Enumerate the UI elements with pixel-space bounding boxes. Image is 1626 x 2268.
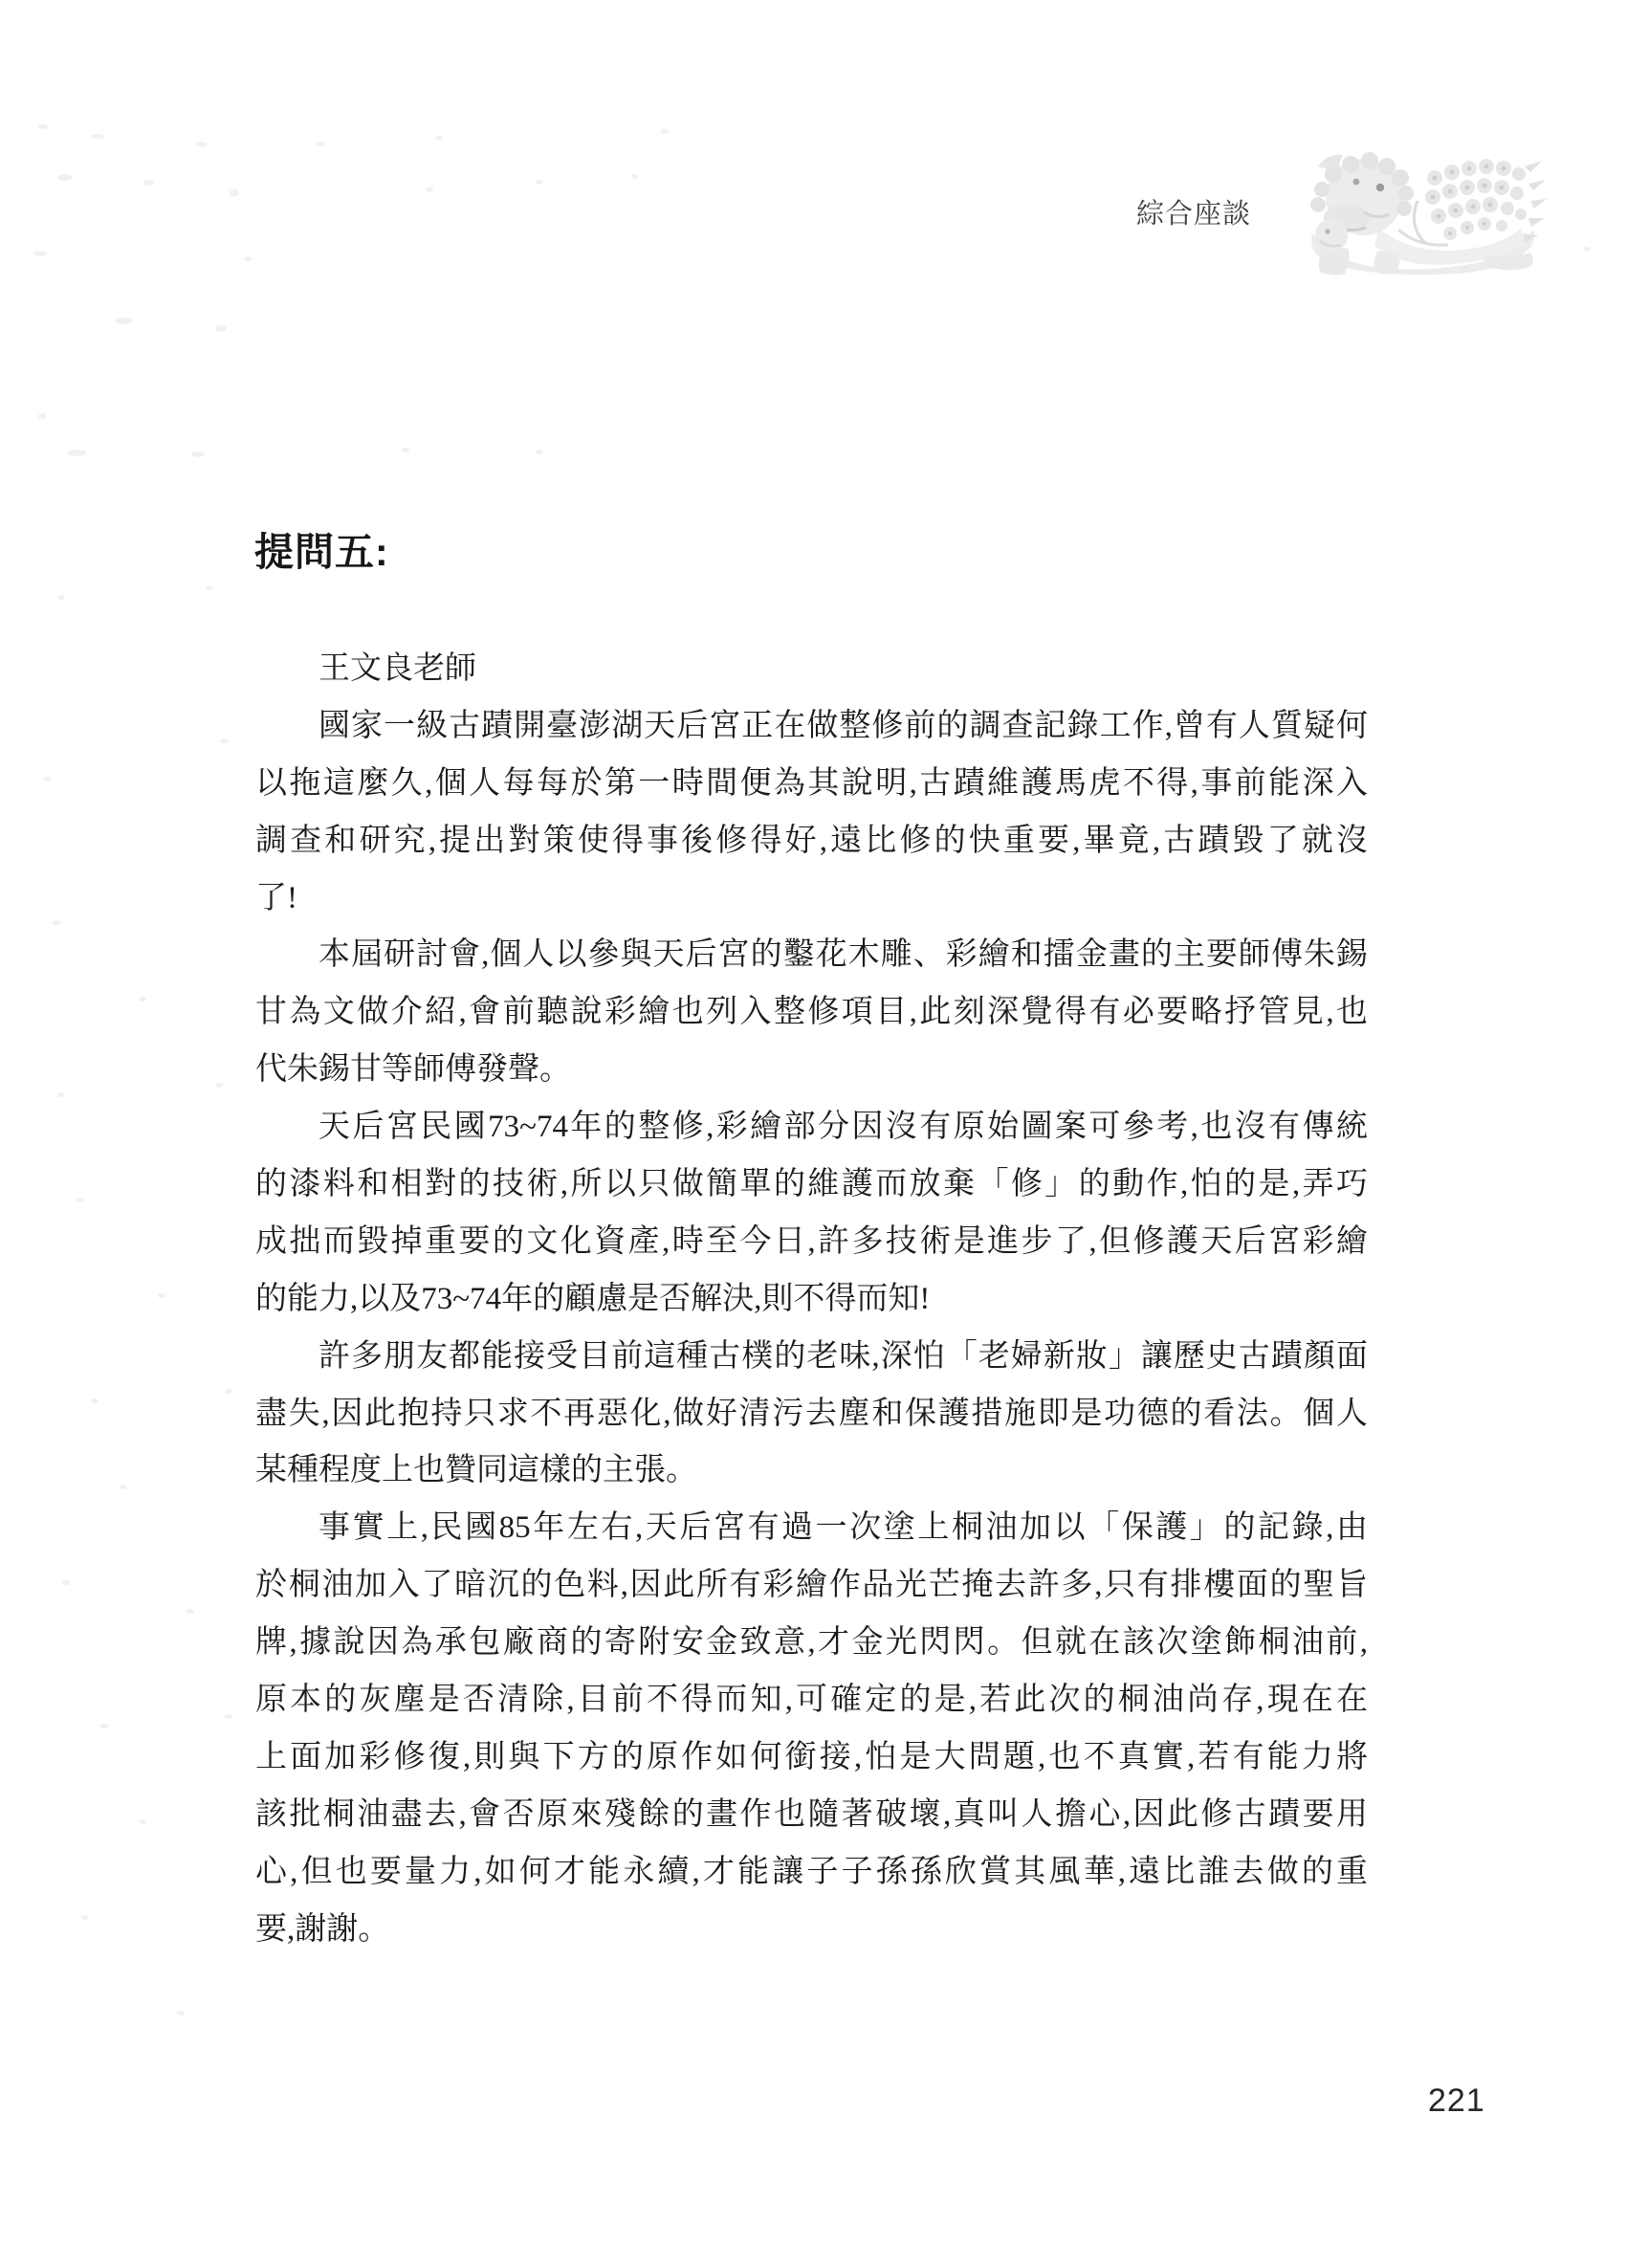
scan-speckle [33,251,47,256]
section-title: 提問五: [254,529,389,575]
body-line: 天后宮民國73~74年的整修,彩繪部分因沒有原始圖案可參考,也沒有傳統 [255,1099,1368,1156]
scan-speckle [225,1714,232,1719]
scan-speckle [215,325,227,332]
body-line: 要,謝謝。 [255,1902,1368,1959]
body-line: 原本的灰塵是否清除,目前不得而知,可確定的是,若此次的桐油尚存,現在在 [255,1672,1368,1729]
body-line: 國家一級古蹟開臺澎湖天后宮正在做整修前的調查記錄工作,曾有人質疑何 [255,698,1368,756]
scan-speckle [316,142,325,146]
scan-speckle [77,1198,84,1202]
body-line: 了! [255,870,1368,928]
page-number: 221 [1428,2082,1485,2120]
scan-speckle [62,1580,70,1585]
scan-speckle [244,256,252,261]
scan-speckle [536,180,543,185]
scan-speckle [57,174,73,181]
scan-speckle [1583,247,1591,252]
scan-speckle [220,738,229,743]
scan-speckle [143,180,155,186]
body-line: 於桐油加入了暗沉的色料,因此所有彩繪作品光芒掩去許多,只有排樓面的聖旨 [255,1557,1368,1615]
scan-speckle [115,318,132,324]
body-line: 牌,據說因為承包廠商的寄附安金致意,才金光閃閃。但就在該次塗飾桐油前, [255,1615,1368,1672]
scan-speckle [631,174,638,179]
body-line: 的能力,以及73~74年的顧慮是否解決,則不得而知! [255,1271,1368,1329]
body-line: 上面加彩修復,則與下方的原作如何銜接,怕是大問題,也不真實,若有能力將 [255,1729,1368,1787]
body-line: 某種程度上也贊同這樣的主張。 [255,1442,1368,1500]
body-line: 事實上,民國85年左右,天后宮有過一次塗上桐油加以「保護」的記錄,由 [255,1500,1368,1557]
scan-speckle [230,189,239,197]
body-line: 許多朋友都能接受目前這種古樸的老味,深怕「老婦新妝」讓歷史古蹟顏面 [255,1329,1368,1386]
body-line: 成拙而毀掉重要的文化資產,時至今日,許多技術是進步了,但修護天后宮彩繪 [255,1214,1368,1271]
scan-speckle [57,595,65,600]
scan-speckle [38,124,48,129]
scan-speckle [435,136,443,141]
body-line: 王文良老師 [255,641,1368,698]
scan-speckle [67,450,86,456]
scan-speckle [177,2011,185,2015]
body-line: 甘為文做介紹,會前聽說彩繪也列入整修項目,此刻深覺得有必要略抒管見,也 [255,984,1368,1042]
scan-speckle [100,1724,108,1729]
scan-speckle [191,451,205,457]
scan-speckle [57,1092,65,1097]
scan-speckle [215,1083,223,1088]
body-line: 的漆料和相對的技術,所以只做簡單的維護而放棄「修」的動作,怕的是,弄巧 [255,1156,1368,1214]
scan-speckle [225,1389,232,1394]
scan-speckle [158,1293,165,1298]
scan-speckle [187,1609,194,1614]
scan-speckle [120,1485,127,1489]
scan-speckle [91,1398,99,1403]
scan-speckle [196,142,208,147]
scan-speckle [206,585,213,590]
scan-speckle [38,413,46,419]
scan-speckle [81,1915,89,1920]
body-line: 心,但也要量力,如何才能永續,才能讓子子孫孫欣賞其風華,遠比誰去做的重 [255,1844,1368,1902]
scan-speckle [91,134,104,139]
scan-speckle [402,448,409,452]
scan-speckle [43,777,51,782]
scan-speckle [660,129,669,134]
scan-speckle [536,450,543,454]
body-line: 調查和研究,提出對策使得事後修得好,遠比修的快重要,畢竟,古蹟毀了就沒 [255,813,1368,870]
scan-speckle [426,187,433,192]
scan-speckle [139,1819,146,1824]
body-text: 王文良老師國家一級古蹟開臺澎湖天后宮正在做整修前的調查記錄工作,曾有人質疑何以拖… [255,641,1368,1958]
scan-speckle [139,997,146,1002]
document-page: 綜合座談 [0,0,1626,2268]
body-line: 以拖這麼久,個人每每於第一時間便為其說明,古蹟維護馬虎不得,事前能深入 [255,756,1368,813]
stone-lion-carving-icon [1264,138,1548,283]
body-line: 代朱錫甘等師傅發聲。 [255,1042,1368,1099]
body-line: 本屆研討會,個人以參與天后宮的鑿花木雕、彩繪和擂金畫的主要師傅朱錫 [255,927,1368,984]
running-header: 綜合座談 [1136,200,1251,230]
scan-speckle [53,920,60,925]
body-line: 該批桐油盡去,會否原來殘餘的畫作也隨著破壞,真叫人擔心,因此修古蹟要用 [255,1787,1368,1844]
body-line: 盡失,因此抱持只求不再惡化,做好清污去塵和保護措施即是功德的看法。個人 [255,1386,1368,1443]
